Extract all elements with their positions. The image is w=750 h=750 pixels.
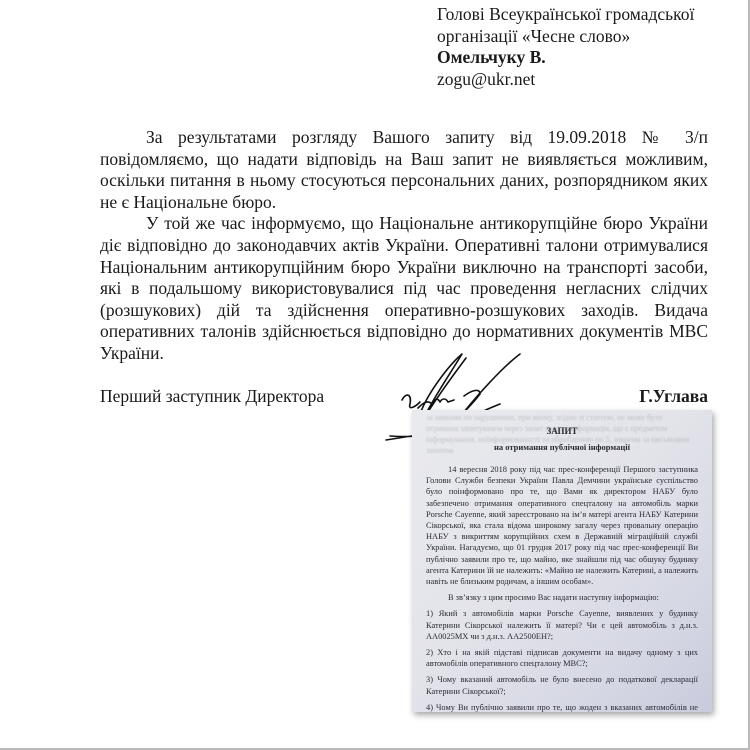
addressee-email: zogu@ukr.net bbox=[437, 69, 737, 91]
signer-title: Перший заступник Директора bbox=[100, 386, 324, 407]
signer-name: Г.Углава bbox=[639, 386, 708, 407]
request-title: ЗАПИТ bbox=[412, 426, 712, 436]
letter-paragraph-2: У той же час інформуємо, що Національне … bbox=[100, 213, 708, 364]
request-paragraph-1: 14 вересня 2018 року під час прес-конфер… bbox=[426, 464, 698, 587]
addressee-block: Голові Всеукраїнської громадської органі… bbox=[437, 4, 737, 90]
letter-paragraph-1: За результатами розгляду Вашого запиту в… bbox=[100, 127, 708, 213]
addressee-line-2: організації «Чесне слово» bbox=[437, 26, 737, 48]
request-paragraph-2: В зв’язку з цим просимо Вас надати насту… bbox=[426, 592, 698, 603]
request-question-1: 1) Який з автомобілів марки Porsche Caye… bbox=[426, 608, 698, 642]
request-body: 14 вересня 2018 року під час прес-конфер… bbox=[426, 464, 698, 712]
request-document-photo: за заявами по нарушению, при якому, згід… bbox=[412, 410, 712, 712]
letter-body: За результатами розгляду Вашого запиту в… bbox=[100, 127, 708, 365]
addressee-line-1: Голові Всеукраїнської громадської bbox=[437, 4, 737, 26]
request-question-3: 3) Чому вказаний автомобіль не було внес… bbox=[426, 674, 698, 696]
request-subtitle: на отримання публічної інформації bbox=[412, 442, 712, 452]
request-question-4: 4) Чому Ви публічно заявили про те, що ж… bbox=[426, 702, 698, 712]
addressee-name: Омельчуку В. bbox=[437, 47, 737, 69]
letter-page: Голові Всеукраїнської громадської органі… bbox=[0, 0, 750, 750]
request-question-2: 2) Хто і на якій підставі підписав докум… bbox=[426, 647, 698, 669]
